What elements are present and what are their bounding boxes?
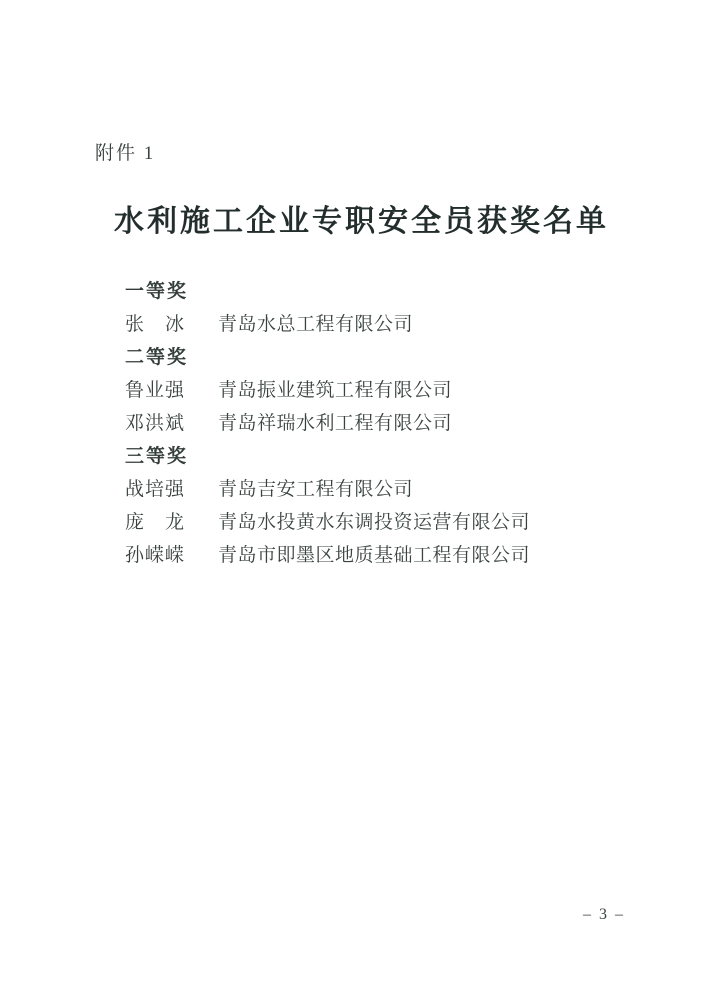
winner-company: 青岛水总工程有限公司 [218, 309, 413, 336]
page-title: 水利施工企业专职安全员获奖名单 [0, 196, 707, 240]
winner-company: 青岛水投黄水东调投资运营有限公司 [218, 507, 530, 534]
winner-row: 邓洪斌 青岛祥瑞水利工程有限公司 [125, 405, 645, 438]
winner-name: 鲁业强 [125, 375, 218, 402]
winner-row: 张 冰 青岛水总工程有限公司 [125, 306, 645, 339]
winner-row: 孙嵘嵘 青岛市即墨区地质基础工程有限公司 [125, 537, 645, 570]
document-page: 附件 1 水利施工企业专职安全员获奖名单 一等奖 张 冰 青岛水总工程有限公司 … [0, 0, 707, 1000]
winner-name: 孙嵘嵘 [125, 540, 218, 567]
winner-row: 战培强 青岛吉安工程有限公司 [125, 471, 645, 504]
winner-row: 鲁业强 青岛振业建筑工程有限公司 [125, 372, 645, 405]
winner-name: 庞 龙 [125, 507, 218, 534]
tier-heading-third-prize: 三等奖 [125, 438, 645, 471]
award-list: 一等奖 张 冰 青岛水总工程有限公司 二等奖 鲁业强 青岛振业建筑工程有限公司 … [125, 273, 645, 570]
winner-company: 青岛振业建筑工程有限公司 [218, 375, 452, 402]
winner-company: 青岛祥瑞水利工程有限公司 [218, 408, 452, 435]
attachment-label: 附件 1 [95, 138, 155, 165]
winner-company: 青岛市即墨区地质基础工程有限公司 [218, 540, 530, 567]
winner-company: 青岛吉安工程有限公司 [218, 474, 413, 501]
page-number: – 3 – [583, 906, 625, 924]
winner-name: 邓洪斌 [125, 408, 218, 435]
winner-name: 张 冰 [125, 309, 218, 336]
tier-heading-second-prize: 二等奖 [125, 339, 645, 372]
winner-name: 战培强 [125, 474, 218, 501]
winner-row: 庞 龙 青岛水投黄水东调投资运营有限公司 [125, 504, 645, 537]
tier-heading-first-prize: 一等奖 [125, 273, 645, 306]
